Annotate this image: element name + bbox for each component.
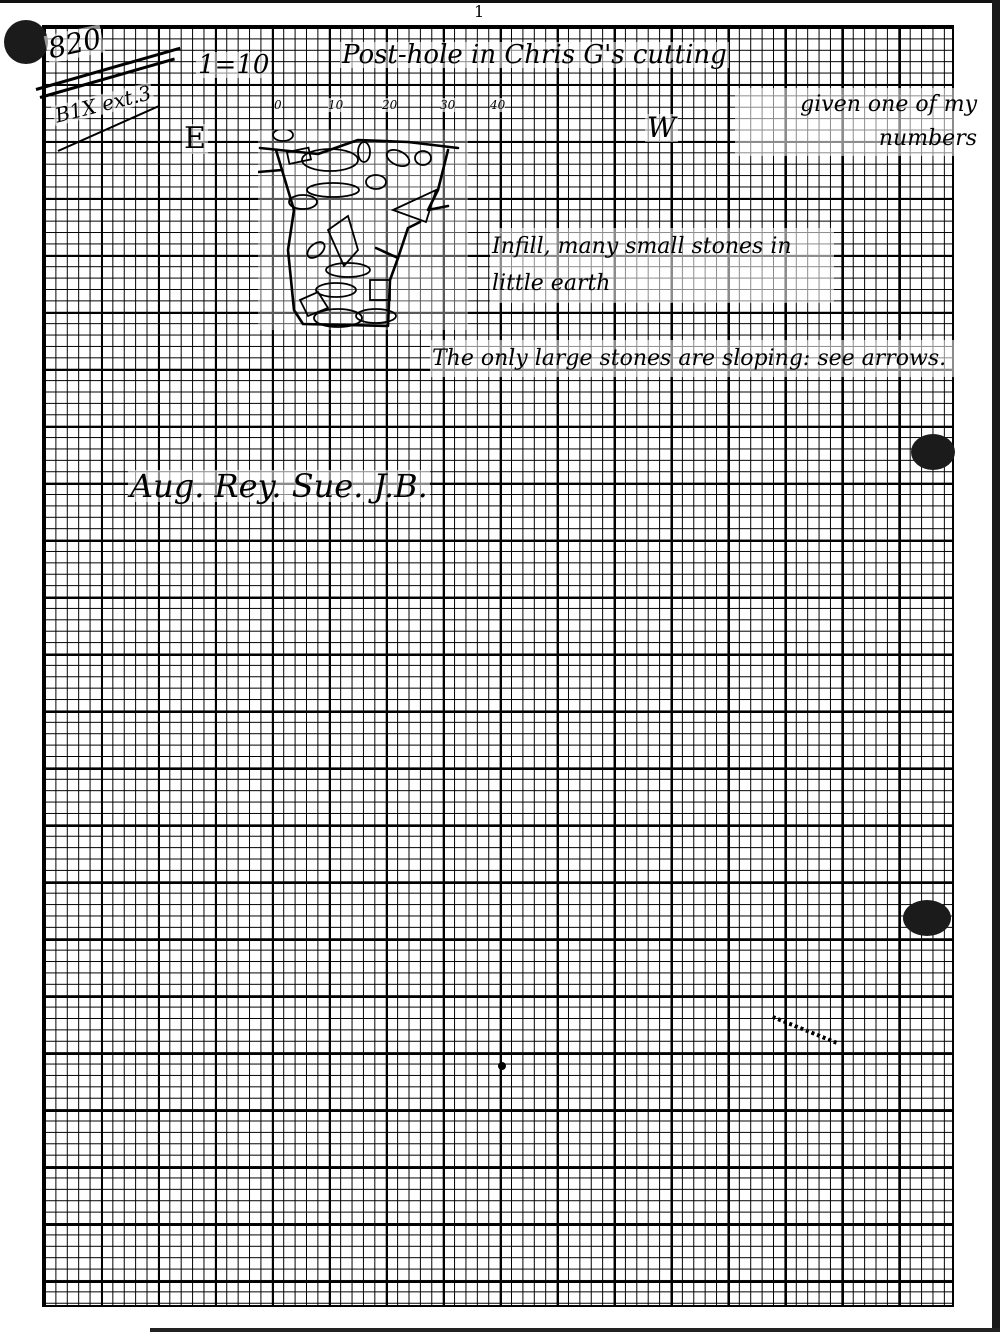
scale-tick: 30: [440, 98, 455, 112]
punch-hole-right-upper: [911, 434, 955, 470]
header-note: given one of my numbers: [735, 88, 979, 156]
page-title: Post-hole in Chris G's cutting: [340, 42, 729, 68]
ink-dot: [498, 1062, 506, 1070]
page-edge-right: [992, 0, 1000, 1332]
scale-text: 1=10: [196, 52, 271, 78]
punch-hole-top-left: [4, 20, 48, 64]
scale-tick: 10: [328, 98, 343, 112]
annotation-large-stones: The only large stones are sloping: see a…: [430, 340, 954, 377]
page-edge-bottom: [150, 1328, 1000, 1332]
scale-tick: 0: [274, 98, 282, 112]
scale-tick: 40: [490, 98, 505, 112]
orientation-west: W: [645, 114, 678, 142]
page-edge-top: [0, 0, 1000, 3]
scale-tick: 20: [382, 98, 397, 112]
page-number: 1: [472, 4, 486, 20]
post-hole-section-sketch: [258, 130, 468, 330]
punch-hole-right-lower: [903, 900, 951, 936]
graph-paper-grid: [42, 25, 954, 1307]
annotation-infill: Infill, many small stones in little eart…: [490, 228, 834, 303]
orientation-east: E: [182, 124, 208, 154]
signature: Aug. Rey. Sue. J.B.: [128, 470, 430, 502]
